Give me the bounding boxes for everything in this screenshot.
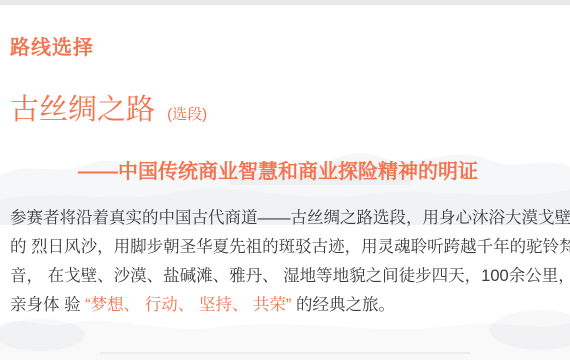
top-divider (0, 0, 570, 5)
paragraph-line-4-prefix: 亲身体 验 (10, 296, 85, 314)
paragraph-line-3: 音， 在戈壁、沙漠、盐碱滩、雅丹、 湿地等地貌之间徒步四天，100余公里， (10, 262, 564, 291)
route-title: 古丝绸之路 (选段) (10, 87, 207, 128)
paragraph-line-2: 的 烈日风沙，用脚步朝圣华夏先祖的斑驳古迹，用灵魂聆听跨越千年的驼铃梵 (10, 233, 564, 262)
section-heading: 路线选择 (10, 31, 94, 60)
route-title-suffix: (选段) (167, 106, 207, 123)
route-subtitle: ——中国传统商业智慧和商业探险精神的明证 (78, 155, 478, 184)
route-title-main: 古丝绸之路 (10, 94, 155, 126)
intro-paragraph: 参赛者将沿着真实的中国古代商道——古丝绸之路选段，用身心沐浴大漠戈壁 的 烈日风… (10, 204, 564, 320)
paragraph-line-1: 参赛者将沿着真实的中国古代商道——古丝绸之路选段，用身心沐浴大漠戈壁 (10, 204, 564, 233)
highlight-quote: “梦想、 行动、 坚持、 共荣” (85, 296, 291, 314)
paragraph-line-4: 亲身体 验 “梦想、 行动、 坚持、 共荣” 的经典之旅。 (10, 291, 564, 320)
paragraph-line-4-suffix: 的经典之旅。 (291, 296, 395, 314)
